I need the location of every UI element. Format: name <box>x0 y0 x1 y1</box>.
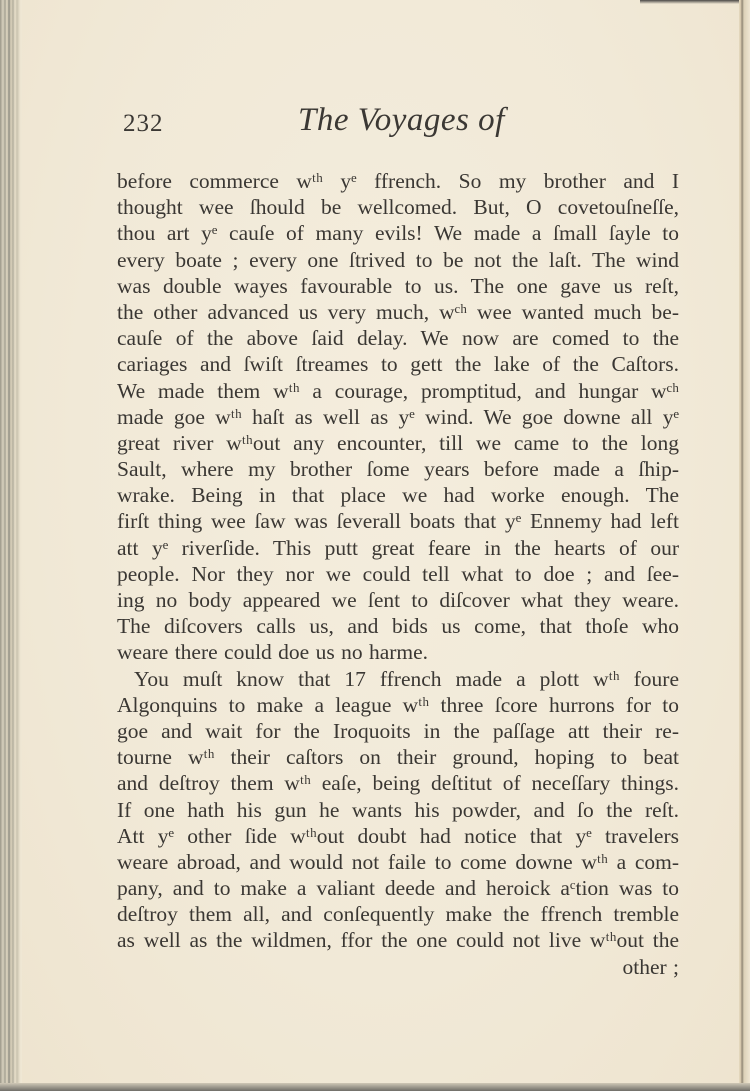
text-line: weare abroad, and would not faile to com… <box>117 849 679 875</box>
text-line: weare there could doe us no harme. <box>117 639 679 665</box>
bottom-edge <box>0 1083 750 1091</box>
text-line: firſt thing wee ſaw was ſeverall boats t… <box>117 508 679 534</box>
text-line: The diſcovers calls us, and bids us come… <box>117 613 679 639</box>
paragraph-2: You muſt know that 17 ffrench made a plo… <box>117 666 679 954</box>
text-line: pany, and to make a valiant deede and he… <box>117 875 679 901</box>
text-line: every boate ; every one ſtrived to be no… <box>117 247 679 273</box>
text-line: Sault, where my brother ſome years befor… <box>117 456 679 482</box>
text-line: people. Nor they nor we could tell what … <box>117 561 679 587</box>
text-line: cauſe of the above ſaid delay. We now ar… <box>117 325 679 351</box>
running-title: The Voyages of <box>298 102 505 139</box>
text-line: the other advanced us very much, wᶜʰ wee… <box>117 299 679 325</box>
text-line: as well as the wildmen, ffor the one cou… <box>117 927 679 953</box>
text-line: tourne wᵗʰ their caſtors on their ground… <box>117 744 679 770</box>
page-header: 232 The Voyages of <box>118 100 680 150</box>
text-line: was double wayes favourable to us. The o… <box>117 273 679 299</box>
text-line: We made them wᵗʰ a courage, promptitud, … <box>117 378 679 404</box>
top-shadow <box>640 0 750 4</box>
text-line: cariages and ſwiſt ſtreames to gett the … <box>117 351 679 377</box>
paragraph-1: before commerce wᵗʰ yᵉ ffrench. So my br… <box>117 168 679 666</box>
text-line: att yᵉ riverſide. This putt great feare … <box>117 535 679 561</box>
text-line: deſtroy them all, and conſequently make … <box>117 901 679 927</box>
text-line: wrake. Being in that place we had worke … <box>117 482 679 508</box>
text-line: made goe wᵗʰ haſt as well as yᵉ wind. We… <box>117 404 679 430</box>
gutter-edge <box>739 0 750 1091</box>
text-line: and deſtroy them wᵗʰ eaſe, being deſtitu… <box>117 770 679 796</box>
text-line: thou art yᵉ cauſe of many evils! We made… <box>117 220 679 246</box>
body-text: before commerce wᵗʰ yᵉ ffrench. So my br… <box>117 168 679 980</box>
page-number: 232 <box>123 110 164 138</box>
catchword: other ; <box>117 954 679 980</box>
text-line: Att yᵉ other ſide wᵗʰout doubt had notic… <box>117 823 679 849</box>
text-line: ing no body appeared we ſent to diſcover… <box>117 587 679 613</box>
text-line: If one hath his gun he wants his powder,… <box>117 797 679 823</box>
text-line: thought wee ſhould be wellcomed. But, O … <box>117 194 679 220</box>
text-line: goe and wait for the Iroquoits in the pa… <box>117 718 679 744</box>
text-line: Algonquins to make a league wᵗʰ three ſc… <box>117 692 679 718</box>
text-line: before commerce wᵗʰ yᵉ ffrench. So my br… <box>117 168 679 194</box>
text-line: great river wᵗʰout any encounter, till w… <box>117 430 679 456</box>
page-stack-edge <box>0 0 22 1091</box>
text-line: You muſt know that 17 ffrench made a plo… <box>117 666 679 692</box>
